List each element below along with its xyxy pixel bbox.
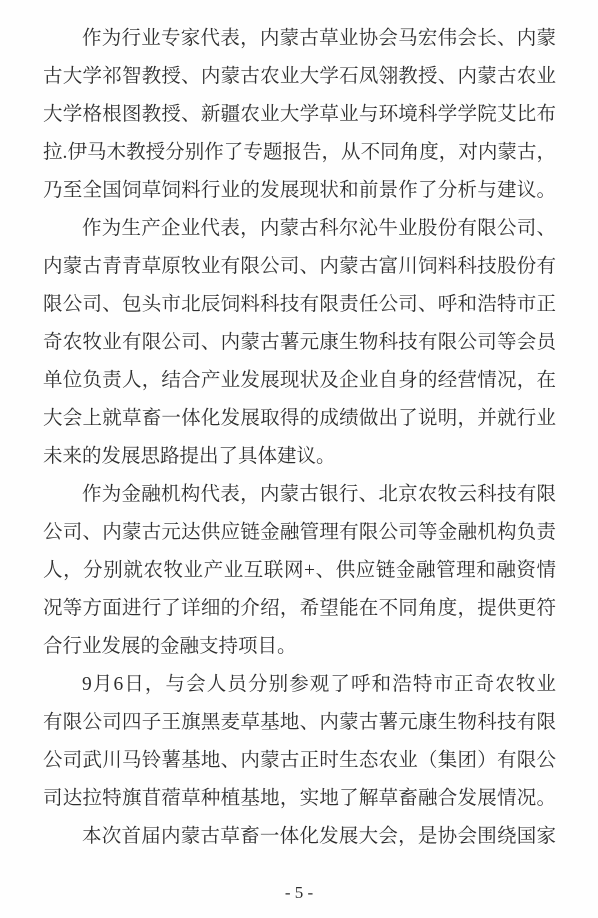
text-line: 况等方面进行了详细的介绍，希望能在不同角度，提供更符 xyxy=(43,590,556,628)
text-line: 公司武川马铃薯基地、内蒙古正时生态农业（集团）有限公 xyxy=(43,742,556,780)
text-line: 有限公司四子王旗黑麦草基地、内蒙古薯元康生物科技有限 xyxy=(43,704,556,742)
text-line: 本次首届内蒙古草畜一体化发展大会，是协会围绕国家 xyxy=(43,818,556,856)
text-line: 未来的发展思路提出了具体建议。 xyxy=(43,438,556,476)
text-line: 作为金融机构代表，内蒙古银行、北京农牧云科技有限 xyxy=(43,476,556,514)
text-line: 人，分别就农牧业产业互联网+、供应链金融管理和融资情 xyxy=(43,552,556,590)
document-body: 作为行业专家代表，内蒙古草业协会马宏伟会长、内蒙 古大学祁智教授、内蒙古农业大学… xyxy=(43,20,556,856)
text-line: 古大学祁智教授、内蒙古农业大学石凤翎教授、内蒙古农业 xyxy=(43,58,556,96)
text-line: 公司、内蒙古元达供应链金融管理有限公司等金融机构负责 xyxy=(43,514,556,552)
text-line: 单位负责人，结合产业发展现状及企业自身的经营情况，在 xyxy=(43,362,556,400)
text-line: 内蒙古青青草原牧业有限公司、内蒙古富川饲料科技股份有 xyxy=(43,248,556,286)
text-line: 作为行业专家代表，内蒙古草业协会马宏伟会长、内蒙 xyxy=(43,20,556,58)
page-number: - 5 - xyxy=(0,880,598,906)
text-line: 限公司、包头市北辰饲料科技有限责任公司、呼和浩特市正 xyxy=(43,286,556,324)
text-line: 作为生产企业代表，内蒙古科尔沁牛业股份有限公司、 xyxy=(43,210,556,248)
text-line: 司达拉特旗苜蓿草种植基地，实地了解草畜融合发展情况。 xyxy=(43,780,556,818)
text-line: 大会上就草畜一体化发展取得的成绩做出了说明，并就行业 xyxy=(43,400,556,438)
text-line: 乃至全国饲草饲料行业的发展现状和前景作了分析与建议。 xyxy=(43,172,556,210)
text-line: 奇农牧业有限公司、内蒙古薯元康生物科技有限公司等会员 xyxy=(43,324,556,362)
document-page: 作为行业专家代表，内蒙古草业协会马宏伟会长、内蒙 古大学祁智教授、内蒙古农业大学… xyxy=(0,0,598,918)
text-line: 9月6日，与会人员分别参观了呼和浩特市正奇农牧业 xyxy=(43,666,556,704)
text-line: 大学格根图教授、新疆农业大学草业与环境科学学院艾比布 xyxy=(43,96,556,134)
text-line: 拉.伊马木教授分别作了专题报告，从不同角度，对内蒙古， xyxy=(43,134,556,172)
text-line: 合行业发展的金融支持项目。 xyxy=(43,628,556,666)
